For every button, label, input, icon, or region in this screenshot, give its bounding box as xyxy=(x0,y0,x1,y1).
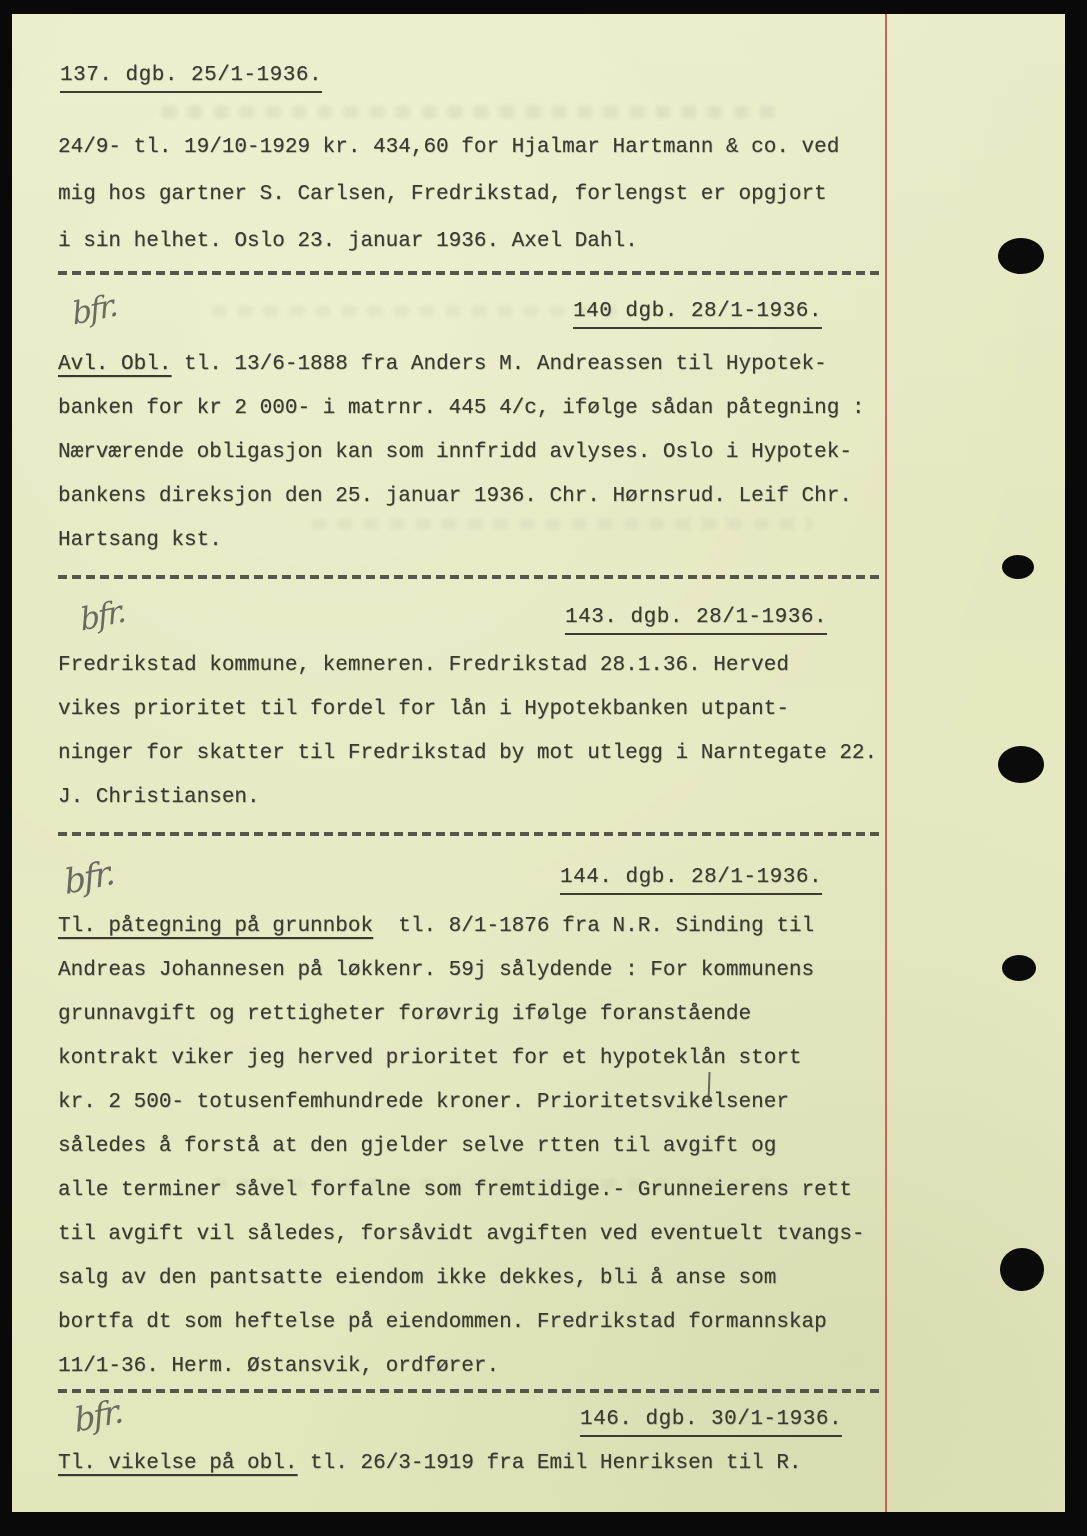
entry-line: Andreas Johannesen på løkkenr. 59j sålyd… xyxy=(58,959,928,1003)
entry-heading: 140 dgb. 28/1-1936. xyxy=(573,300,928,329)
entry-heading: 146. dgb. 30/1-1936. xyxy=(580,1408,928,1437)
punch-hole xyxy=(998,238,1044,274)
entry-line: Tl. vikelse på obl. tl. 26/3-1919 fra Em… xyxy=(58,1452,928,1496)
entry-line: Tl. påtegning på grunnbok tl. 8/1-1876 f… xyxy=(58,915,928,959)
dashed-separator xyxy=(58,575,884,579)
entry-heading: 137. dgb. 25/1-1936. xyxy=(60,64,928,93)
entry-line: Fredrikstad kommune, kemneren. Fredrikst… xyxy=(58,654,928,698)
entry-line: i sin helhet. Oslo 23. januar 1936. Axel… xyxy=(58,230,928,277)
punch-hole xyxy=(1002,555,1034,579)
register-entry-143: 143. dgb. 28/1-1936. Fredrikstad kommune… xyxy=(58,606,928,830)
punch-hole xyxy=(1002,955,1036,981)
dashed-separator xyxy=(58,1389,884,1393)
entry-line: J. Christiansen. xyxy=(58,786,928,830)
entry-line: mig hos gartner S. Carlsen, Fredrikstad,… xyxy=(58,183,928,230)
register-entry-140: 140 dgb. 28/1-1936. Avl. Obl. tl. 13/6-1… xyxy=(58,300,928,573)
punch-hole xyxy=(998,746,1044,783)
entry-line: banken for kr 2 000- i matrnr. 445 4/c, … xyxy=(58,397,928,441)
entry-line: bankens direksjon den 25. januar 1936. C… xyxy=(58,485,928,529)
entry-line: Nærværende obligasjon kan som innfridd a… xyxy=(58,441,928,485)
entry-line: bortfa dt som heftelse på eiendommen. Fr… xyxy=(58,1311,928,1355)
entry-line: således å forstå at den gjelder selve rt… xyxy=(58,1135,928,1179)
entry-line: Avl. Obl. tl. 13/6-1888 fra Anders M. An… xyxy=(58,353,928,397)
entry-line: grunnavgift og rettigheter forøvrig iføl… xyxy=(58,1003,928,1047)
entry-line: ninger for skatter til Fredrikstad by mo… xyxy=(58,742,928,786)
entry-body: Tl. vikelse på obl. tl. 26/3-1919 fra Em… xyxy=(58,1452,928,1496)
scan-frame: 137. dgb. 25/1-1936. 24/9- tl. 19/10-192… xyxy=(0,0,1087,1536)
entry-body: Tl. påtegning på grunnbok tl. 8/1-1876 f… xyxy=(58,915,928,1399)
register-entry-137: 137. dgb. 25/1-1936. 24/9- tl. 19/10-192… xyxy=(58,64,928,277)
entry-body: Avl. Obl. tl. 13/6-1888 fra Anders M. An… xyxy=(58,353,928,573)
punch-hole xyxy=(1000,1248,1044,1291)
entry-line: kontrakt viker jeg herved prioritet for … xyxy=(58,1047,928,1091)
dashed-separator xyxy=(58,832,884,836)
entry-line: 24/9- tl. 19/10-1929 kr. 434,60 for Hjal… xyxy=(58,136,928,183)
entry-line: kr. 2 500- totusenfemhundrede kroner. Pr… xyxy=(58,1091,928,1135)
entry-heading: 144. dgb. 28/1-1936. xyxy=(560,866,928,895)
register-entry-144: 144. dgb. 28/1-1936. Tl. påtegning på gr… xyxy=(58,866,928,1399)
entry-body: Fredrikstad kommune, kemneren. Fredrikst… xyxy=(58,654,928,830)
entry-line: til avgift vil således, forsåvidt avgift… xyxy=(58,1223,928,1267)
entry-line: Hartsang kst. xyxy=(58,529,928,573)
entry-line: salg av den pantsatte eiendom ikke dekke… xyxy=(58,1267,928,1311)
paper: 137. dgb. 25/1-1936. 24/9- tl. 19/10-192… xyxy=(12,14,1065,1512)
entry-body: 24/9- tl. 19/10-1929 kr. 434,60 for Hjal… xyxy=(58,136,928,277)
dashed-separator xyxy=(58,271,884,275)
entry-heading: 143. dgb. 28/1-1936. xyxy=(565,606,928,635)
entry-line: vikes prioritet til fordel for lån i Hyp… xyxy=(58,698,928,742)
entry-line: alle terminer såvel forfalne som fremtid… xyxy=(58,1179,928,1223)
register-entry-146: 146. dgb. 30/1-1936. Tl. vikelse på obl.… xyxy=(58,1408,928,1496)
